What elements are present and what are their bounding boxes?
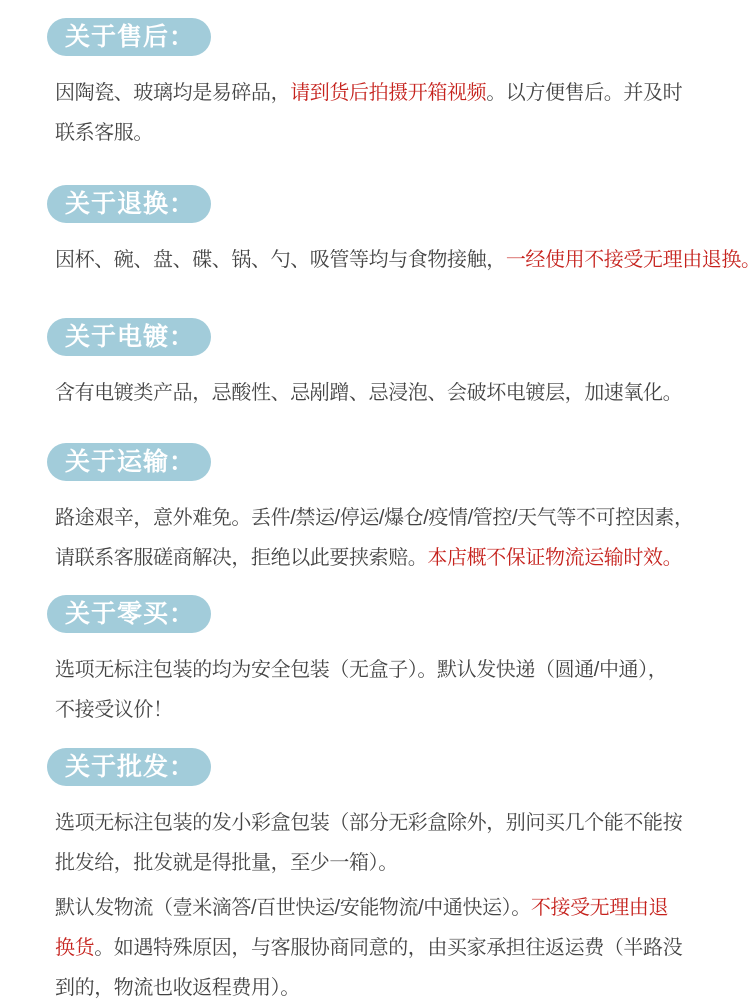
text-run: 不接受议价！: [55, 699, 173, 721]
text-run: 选项无标注包装的发小彩盒包装（部分无彩盒除外，别问买几个能不能按: [55, 812, 682, 834]
section-electroplating: 关于电镀： 含有电镀类产品，忌酸性、忌剐蹭、忌浸泡、会破坏电镀层，加速氧化。: [55, 318, 746, 413]
text-run: 选项无标注包装的均为安全包装（无盒子）。默认发快递（圆通/中通），: [55, 659, 667, 681]
text-line: 选项无标注包装的均为安全包装（无盒子）。默认发快递（圆通/中通），: [55, 650, 746, 690]
section-retail: 关于零买： 选项无标注包装的均为安全包装（无盒子）。默认发快递（圆通/中通）， …: [55, 595, 746, 730]
text-run: 。以方便售后。并及时: [486, 82, 682, 104]
section-badge-wholesale: 关于批发：: [47, 748, 211, 786]
text-line: 因陶瓷、玻璃均是易碎品，请到货后拍摄开箱视频。以方便售后。并及时: [55, 73, 746, 113]
paragraph: 路途艰辛，意外难免。丢件/禁运/停运/爆仓/疫情/管控/天气等不可控因素， 请联…: [55, 498, 746, 578]
section-returns: 关于退换： 因杯、碗、盘、碟、锅、勺、吸管等均与食物接触，一经使用不接受无理由退…: [55, 185, 746, 280]
paragraph: 因陶瓷、玻璃均是易碎品，请到货后拍摄开箱视频。以方便售后。并及时 联系客服。: [55, 73, 746, 153]
badge-row: 关于退换：: [55, 185, 746, 223]
section-shipping: 关于运输： 路途艰辛，意外难免。丢件/禁运/停运/爆仓/疫情/管控/天气等不可控…: [55, 443, 746, 578]
text-line: 因杯、碗、盘、碟、锅、勺、吸管等均与食物接触，一经使用不接受无理由退换。: [55, 240, 746, 280]
section-badge-electroplating: 关于电镀：: [47, 318, 211, 356]
badge-row: 关于运输：: [55, 443, 746, 481]
text-line: 选项无标注包装的发小彩盒包装（部分无彩盒除外，别问买几个能不能按: [55, 803, 746, 843]
text-run: 路途艰辛，意外难免。丢件/禁运/停运/爆仓/疫情/管控/天气等不可控因素，: [55, 507, 694, 529]
section-after-sales: 关于售后： 因陶瓷、玻璃均是易碎品，请到货后拍摄开箱视频。以方便售后。并及时 联…: [55, 18, 746, 153]
paragraph: 因杯、碗、盘、碟、锅、勺、吸管等均与食物接触，一经使用不接受无理由退换。: [55, 240, 746, 280]
text-line: 联系客服。: [55, 113, 746, 153]
text-line: 请联系客服磋商解决，拒绝以此要挟索赔。本店概不保证物流运输时效。: [55, 538, 746, 578]
text-run: 到的，物流也收返程费用）。: [55, 977, 300, 999]
text-run: 含有电镀类产品，忌酸性、忌剐蹭、忌浸泡、会破坏电镀层，加速氧化。: [55, 382, 682, 404]
badge-row: 关于售后：: [55, 18, 746, 56]
section-badge-after-sales: 关于售后：: [47, 18, 211, 56]
text-run: 请联系客服磋商解决，拒绝以此要挟索赔。: [55, 547, 427, 569]
text-run: 因杯、碗、盘、碟、锅、勺、吸管等均与食物接触，: [55, 249, 506, 271]
paragraph: 含有电镀类产品，忌酸性、忌剐蹭、忌浸泡、会破坏电镀层，加速氧化。: [55, 373, 746, 413]
badge-row: 关于零买：: [55, 595, 746, 633]
text-line: 不接受议价！: [55, 690, 746, 730]
section-badge-shipping: 关于运输：: [47, 443, 211, 481]
paragraph: 选项无标注包装的均为安全包装（无盒子）。默认发快递（圆通/中通）， 不接受议价！: [55, 650, 746, 730]
text-run: 因陶瓷、玻璃均是易碎品，: [55, 82, 290, 104]
text-line: 换货。如遇特殊原因，与客服协商同意的，由买家承担往返运费（半路没: [55, 928, 746, 968]
highlight-text-run: 本店概不保证物流运输时效。: [427, 547, 682, 569]
highlight-text-run: 一经使用不接受无理由退换。: [506, 249, 750, 271]
section-badge-retail: 关于零买：: [47, 595, 211, 633]
text-line: 含有电镀类产品，忌酸性、忌剐蹭、忌浸泡、会破坏电镀层，加速氧化。: [55, 373, 746, 413]
text-line: 路途艰辛，意外难免。丢件/禁运/停运/爆仓/疫情/管控/天气等不可控因素，: [55, 498, 746, 538]
product-notice-page: 关于售后： 因陶瓷、玻璃均是易碎品，请到货后拍摄开箱视频。以方便售后。并及时 联…: [0, 0, 750, 1000]
highlight-text-run: 换货: [55, 937, 94, 959]
section-badge-returns: 关于退换：: [47, 185, 211, 223]
paragraph: 选项无标注包装的发小彩盒包装（部分无彩盒除外，别问买几个能不能按 批发给，批发就…: [55, 803, 746, 883]
section-wholesale: 关于批发： 选项无标注包装的发小彩盒包装（部分无彩盒除外，别问买几个能不能按 批…: [55, 748, 746, 1000]
text-run: 联系客服。: [55, 122, 153, 144]
text-run: 默认发物流（壹米滴答/百世快运/安能物流/中通快运）。: [55, 897, 531, 919]
text-line: 默认发物流（壹米滴答/百世快运/安能物流/中通快运）。不接受无理由退: [55, 888, 746, 928]
highlight-text-run: 请到货后拍摄开箱视频: [290, 82, 486, 104]
paragraph: 默认发物流（壹米滴答/百世快运/安能物流/中通快运）。不接受无理由退 换货。如遇…: [55, 888, 746, 1000]
text-line: 到的，物流也收返程费用）。: [55, 968, 746, 1000]
text-run: 。如遇特殊原因，与客服协商同意的，由买家承担往返运费（半路没: [94, 937, 682, 959]
badge-row: 关于电镀：: [55, 318, 746, 356]
text-line: 批发给，批发就是得批量，至少一箱）。: [55, 843, 746, 883]
highlight-text-run: 不接受无理由退: [531, 897, 668, 919]
text-run: 批发给，批发就是得批量，至少一箱）。: [55, 852, 398, 874]
badge-row: 关于批发：: [55, 748, 746, 786]
